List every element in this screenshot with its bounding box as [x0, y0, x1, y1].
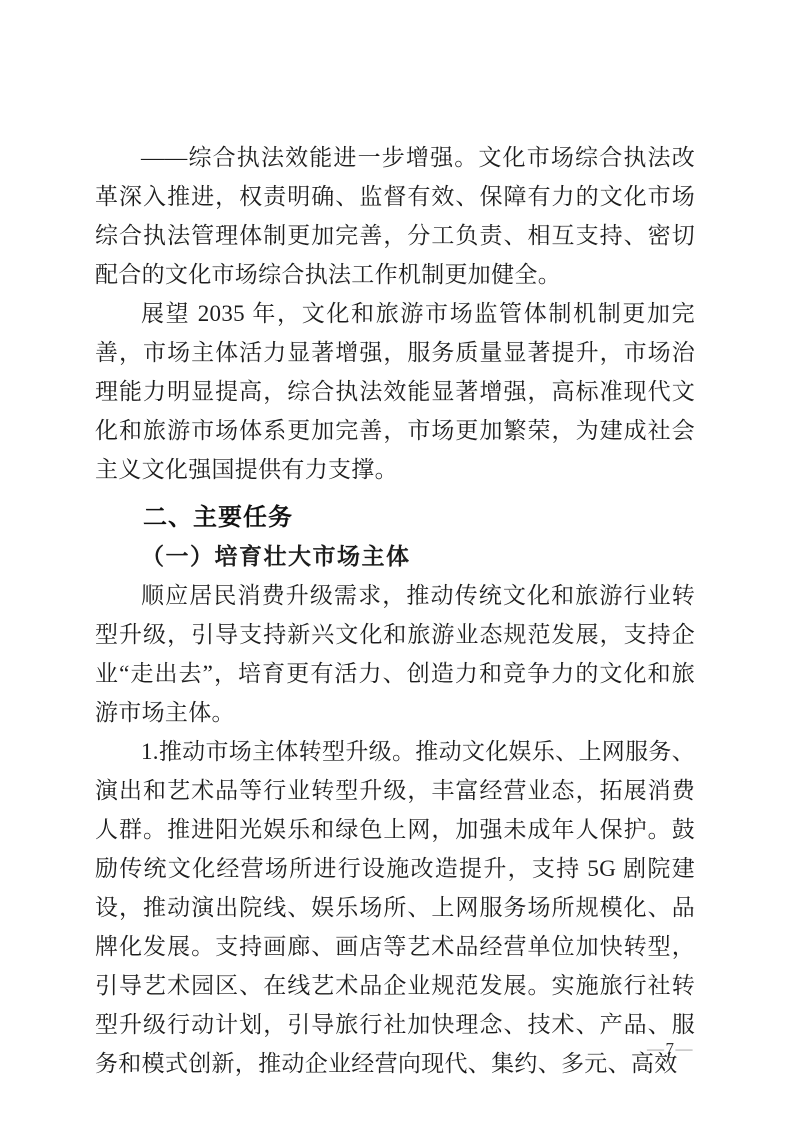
- page-number-value: 7: [665, 1039, 676, 1058]
- subsection-heading-cultivate-market-entities: （一）培育壮大市场主体: [95, 537, 695, 576]
- paragraph-task-1-transform-upgrade: 1.推动市场主体转型升级。推动文化娱乐、上网服务、演出和艺术品等行业转型升级，丰…: [95, 732, 695, 1083]
- paragraph-enforcement-effectiveness: ——综合执法效能进一步增强。文化市场综合执法改革深入推进，权责明确、监督有效、保…: [95, 138, 695, 294]
- page-number: —7—: [647, 1038, 693, 1060]
- paragraph-cultivate-intro: 顺应居民消费升级需求，推动传统文化和旅游行业转型升级，引导支持新兴文化和旅游业态…: [95, 576, 695, 732]
- section-heading-main-tasks: 二、主要任务: [95, 498, 695, 537]
- document-page: ——综合执法效能进一步增强。文化市场综合执法改革深入推进，权责明确、监督有效、保…: [0, 0, 793, 1122]
- page-number-right-dash: —: [676, 1039, 694, 1058]
- page-number-left-dash: —: [647, 1039, 665, 1058]
- paragraph-outlook-2035: 展望 2035 年，文化和旅游市场监管体制机制更加完善，市场主体活力显著增强，服…: [95, 294, 695, 489]
- document-body: ——综合执法效能进一步增强。文化市场综合执法改革深入推进，权责明确、监督有效、保…: [95, 138, 695, 1083]
